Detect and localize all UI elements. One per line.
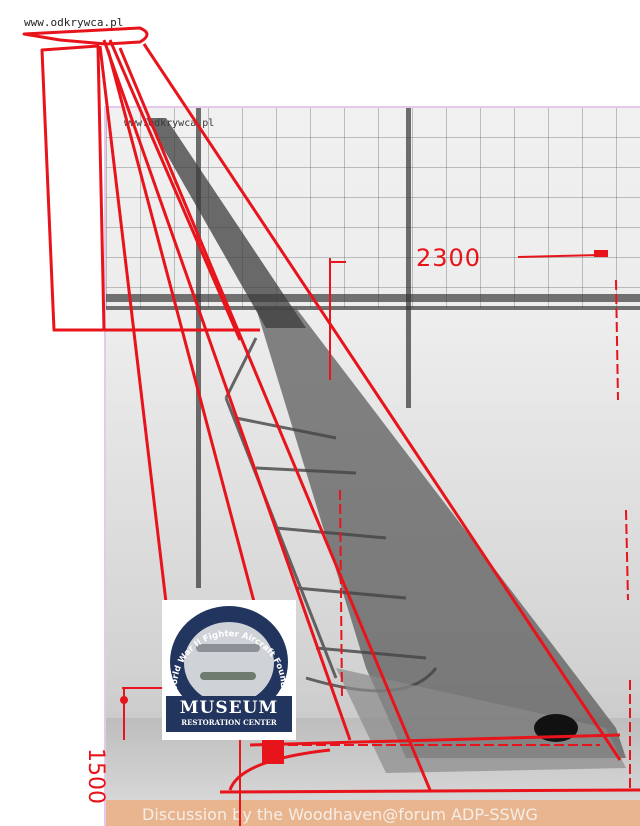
svg-text:World War II Fighter Aircraft: World War II Fighter Aircraft Foundation — [162, 600, 288, 699]
width-dimension-label: 2300 — [416, 244, 481, 272]
logo-banner: MUSEUM RESTORATION CENTER — [166, 696, 292, 732]
height-dimension-label: 1500 — [83, 748, 108, 804]
red-blueprint-overlay — [0, 0, 640, 826]
logo-subtitle: RESTORATION CENTER — [166, 718, 292, 727]
museum-logo: World War II Fighter Aircraft Foundation… — [162, 600, 296, 740]
logo-title: MUSEUM — [166, 698, 292, 718]
logo-arc-text: World War II Fighter Aircraft Foundation — [162, 600, 296, 700]
